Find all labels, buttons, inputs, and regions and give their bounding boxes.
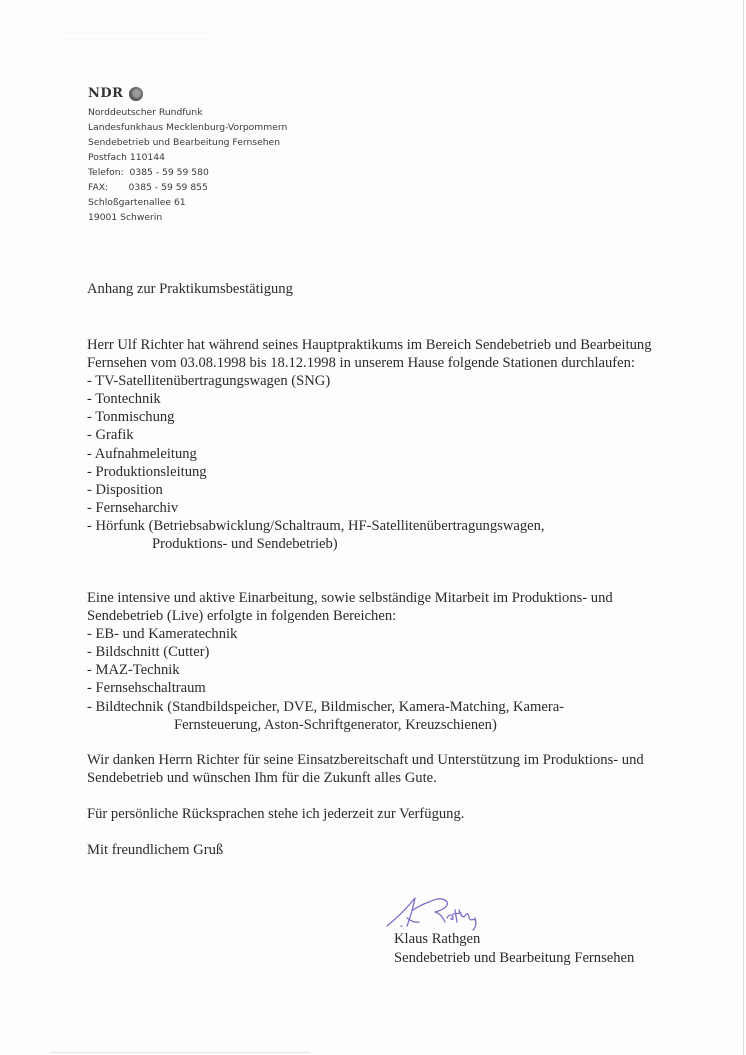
station-item: - Tonmischung	[87, 408, 667, 426]
sender-address: Norddeutscher RundfunkLandesfunkhaus Mec…	[88, 105, 287, 225]
training-intro: Eine intensive und aktive Einarbeitung, …	[87, 589, 667, 625]
address-line: Landesfunkhaus Mecklenburg-Vorpommern	[88, 120, 287, 135]
subject-line: Anhang zur Praktikumsbestätigung	[87, 280, 293, 298]
ndr-logo: NDR	[88, 85, 287, 102]
training-list-continuation: Fernsteuerung, Aston-Schriftgenerator, K…	[87, 716, 667, 734]
address-line: 19001 Schwerin	[88, 210, 287, 225]
station-item: - Disposition	[87, 481, 667, 499]
page-edge	[50, 1052, 310, 1053]
training-list: - EB- und Kameratechnik- Bildschnitt (Cu…	[87, 625, 667, 715]
ndr-globe-icon	[129, 87, 143, 101]
station-item: - Fernseharchiv	[87, 499, 667, 517]
address-line: Telefon: 0385 - 59 59 580	[88, 165, 287, 180]
address-line: FAX: 0385 - 59 59 855	[88, 180, 287, 195]
station-item: - Grafik	[87, 426, 667, 444]
stations-intro: Herr Ulf Richter hat während seines Haup…	[87, 336, 667, 372]
page-edge	[743, 0, 744, 1055]
thanks-paragraph: Wir danken Herrn Richter für seine Einsa…	[87, 751, 667, 787]
address-line: Norddeutscher Rundfunk	[88, 105, 287, 120]
address-line: Sendebetrieb und Bearbeitung Fernsehen	[88, 135, 287, 150]
training-item: - Bildschnitt (Cutter)	[87, 643, 667, 661]
training-item: - Bildtechnik (Standbildspeicher, DVE, B…	[87, 698, 667, 716]
training-item: - Fernsehschaltraum	[87, 679, 667, 697]
station-item: - Produktionsleitung	[87, 463, 667, 481]
station-item: - Tontechnik	[87, 390, 667, 408]
scan-artifact	[60, 14, 210, 54]
letterhead: NDR Norddeutscher RundfunkLandesfunkhaus…	[88, 85, 287, 225]
contact-paragraph: Für persönliche Rücksprachen stehe ich j…	[87, 805, 464, 823]
signer-department: Sendebetrieb und Bearbeitung Fernsehen	[394, 949, 634, 968]
stations-list-continuation: Produktions- und Sendebetrieb)	[87, 535, 667, 553]
closing: Mit freundlichem Gruß	[87, 841, 223, 859]
logo-text: NDR	[88, 86, 123, 101]
station-item: - Hörfunk (Betriebsabwicklung/Schaltraum…	[87, 517, 667, 535]
training-paragraph: Eine intensive und aktive Einarbeitung, …	[87, 589, 667, 734]
station-item: - TV-Satellitenübertragungswagen (SNG)	[87, 372, 667, 390]
signer-name: Klaus Rathgen	[394, 930, 634, 949]
station-item: - Aufnahmeleitung	[87, 445, 667, 463]
training-item: - EB- und Kameratechnik	[87, 625, 667, 643]
training-item: - MAZ-Technik	[87, 661, 667, 679]
stations-list: - TV-Satellitenübertragungswagen (SNG)- …	[87, 372, 667, 535]
address-line: Schloßgartenallee 61	[88, 195, 287, 210]
address-line: Postfach 110144	[88, 150, 287, 165]
stations-paragraph: Herr Ulf Richter hat während seines Haup…	[87, 336, 667, 553]
signer-block: Klaus Rathgen Sendebetrieb und Bearbeitu…	[394, 930, 634, 967]
signature-image	[385, 888, 495, 932]
